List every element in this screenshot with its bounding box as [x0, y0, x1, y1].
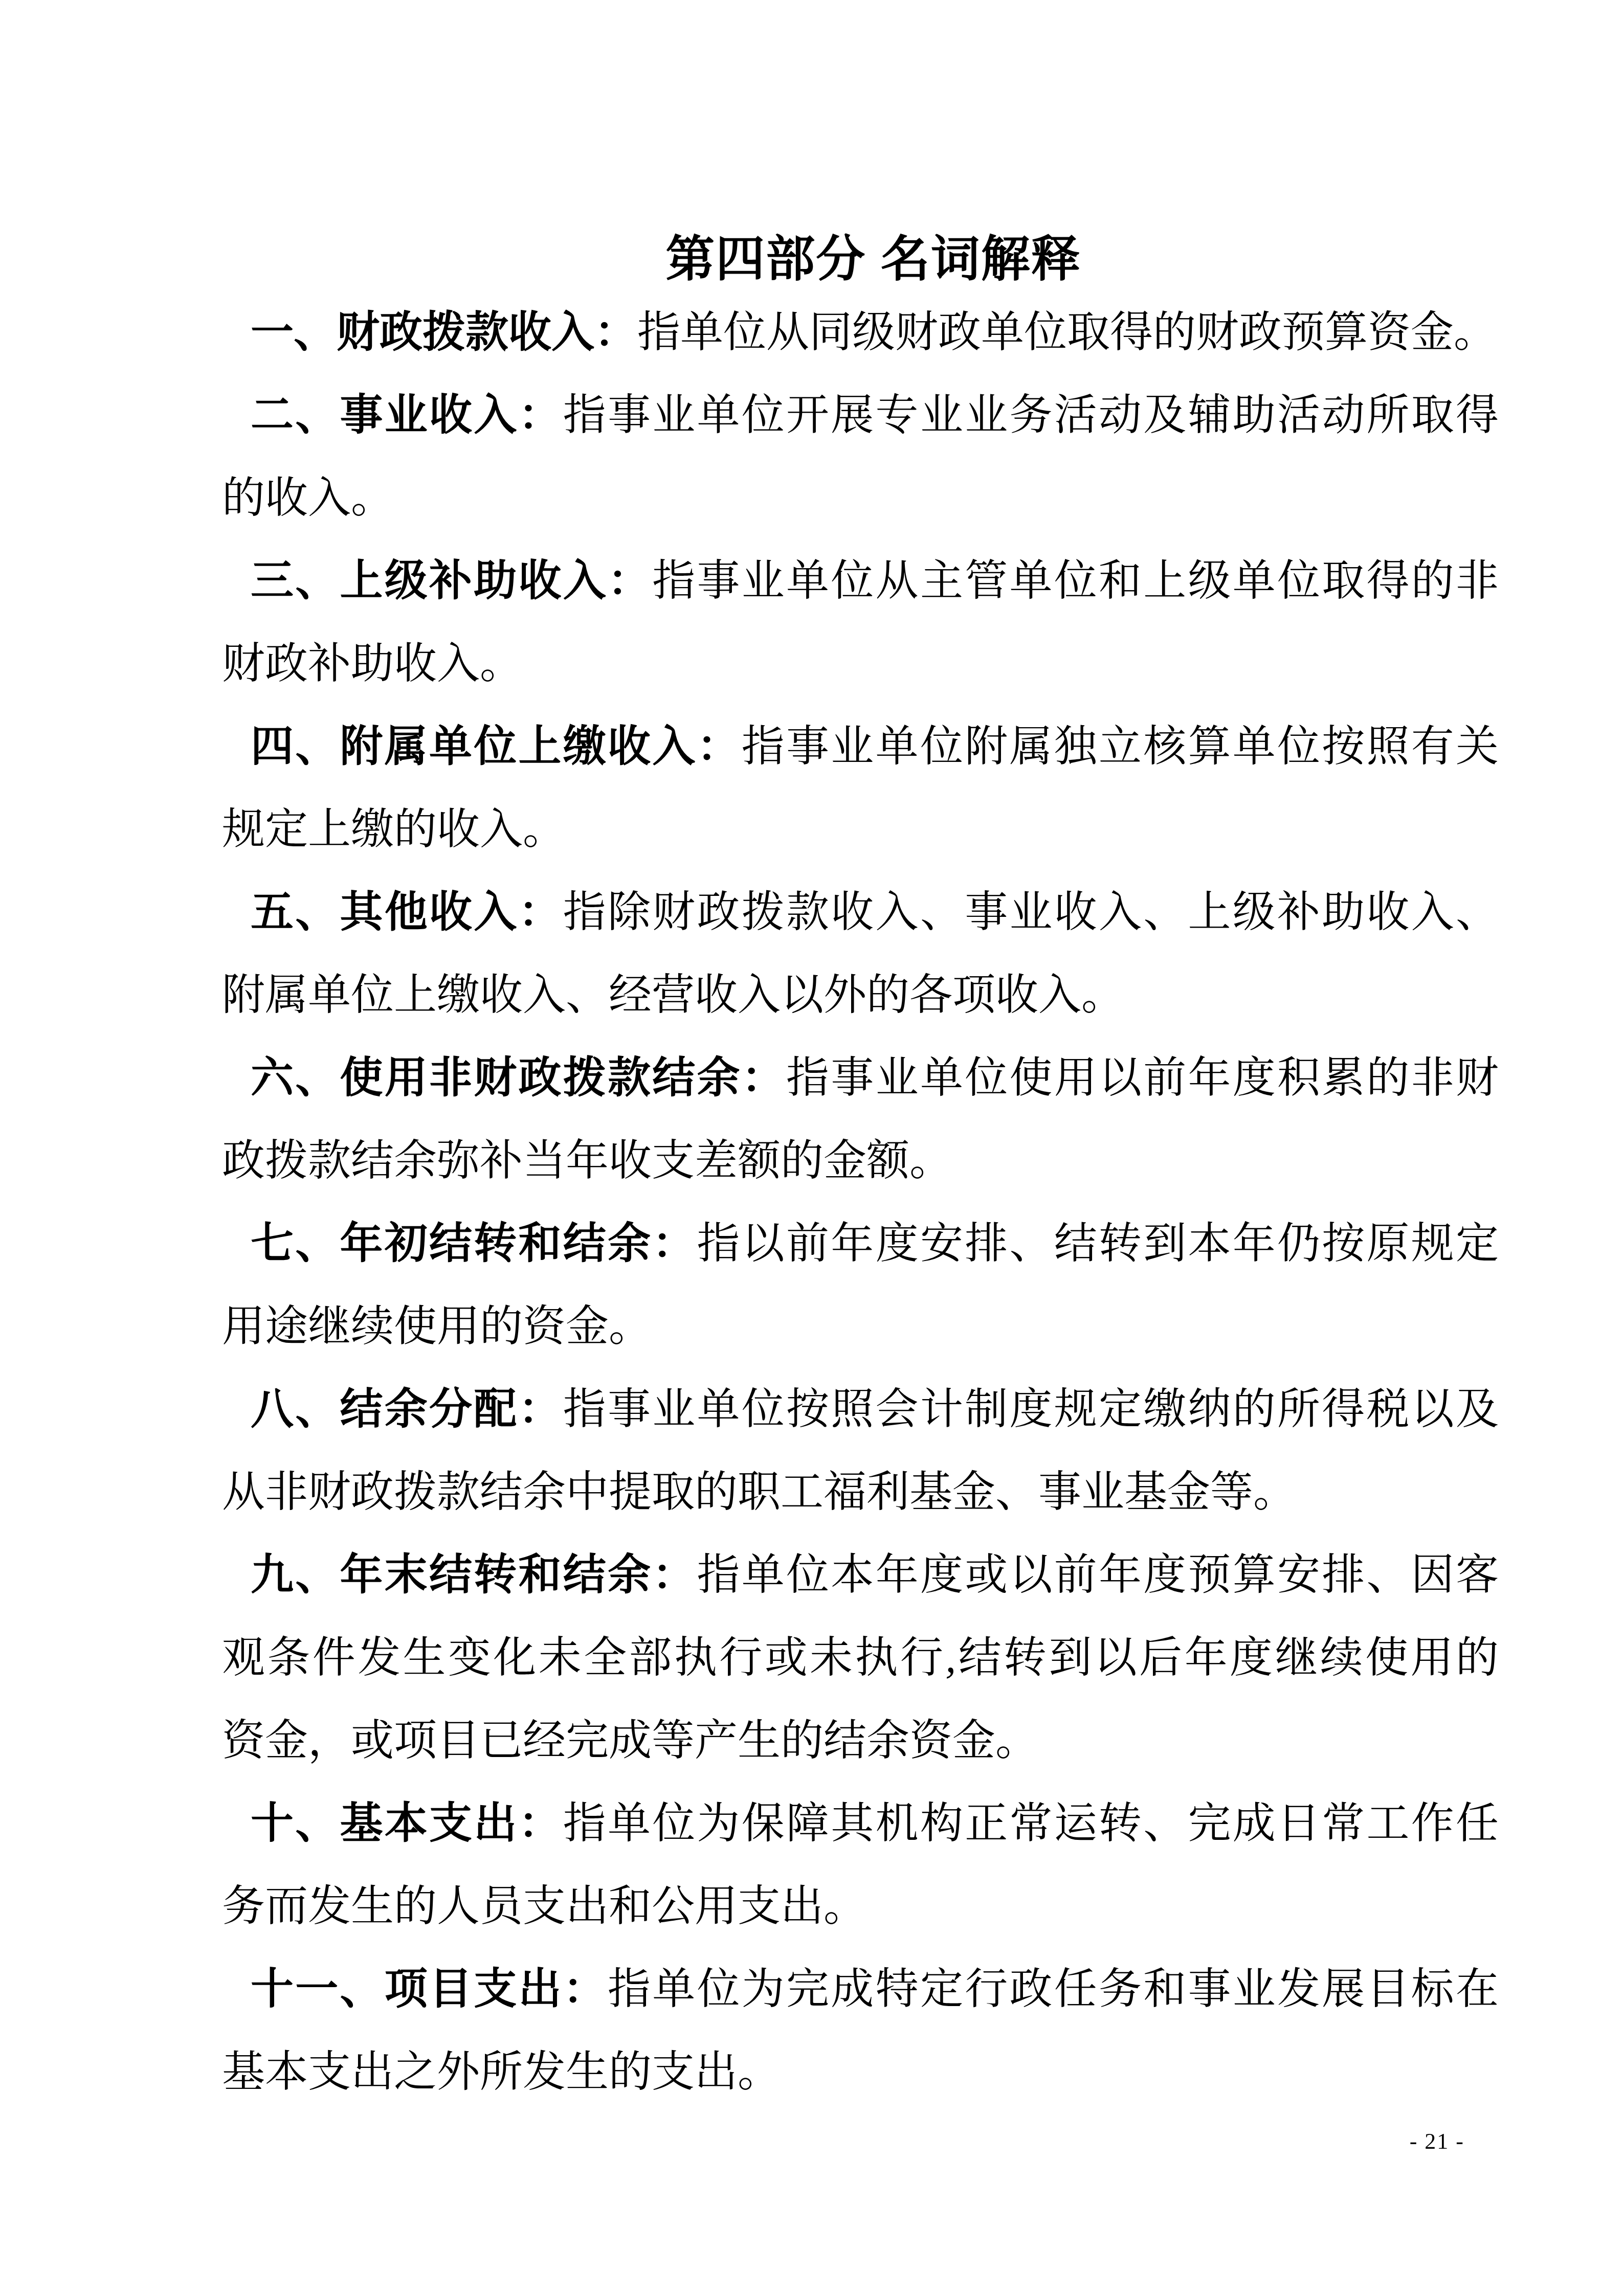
- term-label: 九、年末结转和结余：: [251, 1551, 697, 1599]
- definition-line: 务而发生的人员支出和公用支出。: [222, 1865, 1499, 1948]
- term-label: 六、使用非财政拨款结余：: [251, 1054, 786, 1102]
- term-label: 七、年初结转和结余：: [251, 1220, 697, 1268]
- definition-paragraph: 七、年初结转和结余：指以前年度安排、结转到本年仍按原规定用途继续使用的资金。: [222, 1203, 1499, 1368]
- definition-text: 指单位从同级财政单位取得的财政预算资金。: [637, 309, 1497, 356]
- definition-paragraph: 五、其他收入：指除财政拨款收入、事业收入、上级补助收入、附属单位上缴收入、经营收…: [222, 871, 1499, 1037]
- term-label: 八、结余分配：: [251, 1386, 563, 1433]
- term-label: 四、附属单位上缴收入：: [251, 723, 742, 771]
- definition-text: 指单位为完成特定行政任务和事业发展目标在: [608, 1966, 1499, 2013]
- definition-text: 指单位为保障其机构正常运转、完成日常工作任: [563, 1800, 1499, 1848]
- definition-line: 九、年末结转和结余：指单位本年度或以前年度预算安排、因客: [222, 1534, 1499, 1617]
- definition-line: 政拨款结余弥补当年收支差额的金额。: [222, 1120, 1499, 1203]
- definition-line: 二、事业收入：指事业单位开展专业业务活动及辅助活动所取得: [222, 374, 1499, 457]
- definition-text: 指事业单位开展专业业务活动及辅助活动所取得: [563, 392, 1499, 439]
- page-title: 第四部分 名词解释: [61, 0, 1624, 291]
- definition-line: 十、基本支出：指单位为保障其机构正常运转、完成日常工作任: [222, 1783, 1499, 1865]
- term-label: 二、事业收入：: [251, 392, 563, 439]
- term-label: 三、上级补助收入：: [251, 557, 652, 605]
- definition-paragraph: 十一、项目支出：指单位为完成特定行政任务和事业发展目标在基本支出之外所发生的支出…: [222, 1948, 1499, 2114]
- definition-paragraph: 三、上级补助收入：指事业单位从主管单位和上级单位取得的非财政补助收入。: [222, 540, 1499, 706]
- definition-line: 七、年初结转和结余：指以前年度安排、结转到本年仍按原规定: [222, 1203, 1499, 1286]
- term-label: 五、其他收入：: [251, 889, 563, 936]
- definition-paragraph: 十、基本支出：指单位为保障其机构正常运转、完成日常工作任务而发生的人员支出和公用…: [222, 1783, 1499, 1948]
- definition-line: 六、使用非财政拨款结余：指事业单位使用以前年度积累的非财: [222, 1037, 1499, 1120]
- definition-text: 指事业单位附属独立核算单位按照有关: [742, 723, 1499, 771]
- definition-line: 从非财政拨款结余中提取的职工福利基金、事业基金等。: [222, 1451, 1499, 1534]
- definition-paragraph: 二、事业收入：指事业单位开展专业业务活动及辅助活动所取得的收入。: [222, 374, 1499, 540]
- definition-line: 观条件发生变化未全部执行或未执行,结转到以后年度继续使用的: [222, 1617, 1499, 1700]
- definition-line: 八、结余分配：指事业单位按照会计制度规定缴纳的所得税以及: [222, 1368, 1499, 1451]
- definition-paragraph: 九、年末结转和结余：指单位本年度或以前年度预算安排、因客观条件发生变化未全部执行…: [222, 1534, 1499, 1783]
- definition-text: 指单位本年度或以前年度预算安排、因客: [697, 1551, 1499, 1599]
- definition-paragraph: 六、使用非财政拨款结余：指事业单位使用以前年度积累的非财政拨款结余弥补当年收支差…: [222, 1037, 1499, 1203]
- definition-line: 规定上缴的收入。: [222, 789, 1499, 871]
- term-label: 十、基本支出：: [251, 1800, 563, 1848]
- definition-line: 一、财政拨款收入：指单位从同级财政单位取得的财政预算资金。: [222, 291, 1499, 374]
- definition-line: 三、上级补助收入：指事业单位从主管单位和上级单位取得的非: [222, 540, 1499, 623]
- definition-text: 指事业单位使用以前年度积累的非财: [786, 1054, 1499, 1102]
- definition-line: 用途继续使用的资金。: [222, 1286, 1499, 1368]
- definition-line: 附属单位上缴收入、经营收入以外的各项收入。: [222, 954, 1499, 1037]
- definition-line: 资金，或项目已经完成等产生的结余资金。: [222, 1700, 1499, 1783]
- definition-text: 指事业单位按照会计制度规定缴纳的所得税以及: [563, 1386, 1499, 1433]
- term-label: 一、财政拨款收入：: [251, 309, 637, 356]
- definition-paragraph: 四、附属单位上缴收入：指事业单位附属独立核算单位按照有关规定上缴的收入。: [222, 706, 1499, 871]
- page-number: - 21 -: [1410, 2128, 1464, 2154]
- definition-line: 财政补助收入。: [222, 623, 1499, 706]
- definition-line: 基本支出之外所发生的支出。: [222, 2031, 1499, 2114]
- definition-paragraph: 八、结余分配：指事业单位按照会计制度规定缴纳的所得税以及从非财政拨款结余中提取的…: [222, 1368, 1499, 1534]
- definition-text: 指事业单位从主管单位和上级单位取得的非: [652, 557, 1499, 605]
- definition-text: 指以前年度安排、结转到本年仍按原规定: [697, 1220, 1499, 1268]
- document-body: 一、财政拨款收入：指单位从同级财政单位取得的财政预算资金。二、事业收入：指事业单…: [222, 291, 1499, 2114]
- definition-line: 十一、项目支出：指单位为完成特定行政任务和事业发展目标在: [222, 1948, 1499, 2031]
- term-label: 十一、项目支出：: [251, 1966, 608, 2013]
- definition-text: 指除财政拨款收入、事业收入、上级补助收入、: [563, 889, 1499, 936]
- definition-line: 的收入。: [222, 457, 1499, 540]
- definition-line: 四、附属单位上缴收入：指事业单位附属独立核算单位按照有关: [222, 706, 1499, 789]
- definition-paragraph: 一、财政拨款收入：指单位从同级财政单位取得的财政预算资金。: [222, 291, 1499, 374]
- document-page: 第四部分 名词解释 一、财政拨款收入：指单位从同级财政单位取得的财政预算资金。二…: [0, 0, 1624, 2296]
- definition-line: 五、其他收入：指除财政拨款收入、事业收入、上级补助收入、: [222, 871, 1499, 954]
